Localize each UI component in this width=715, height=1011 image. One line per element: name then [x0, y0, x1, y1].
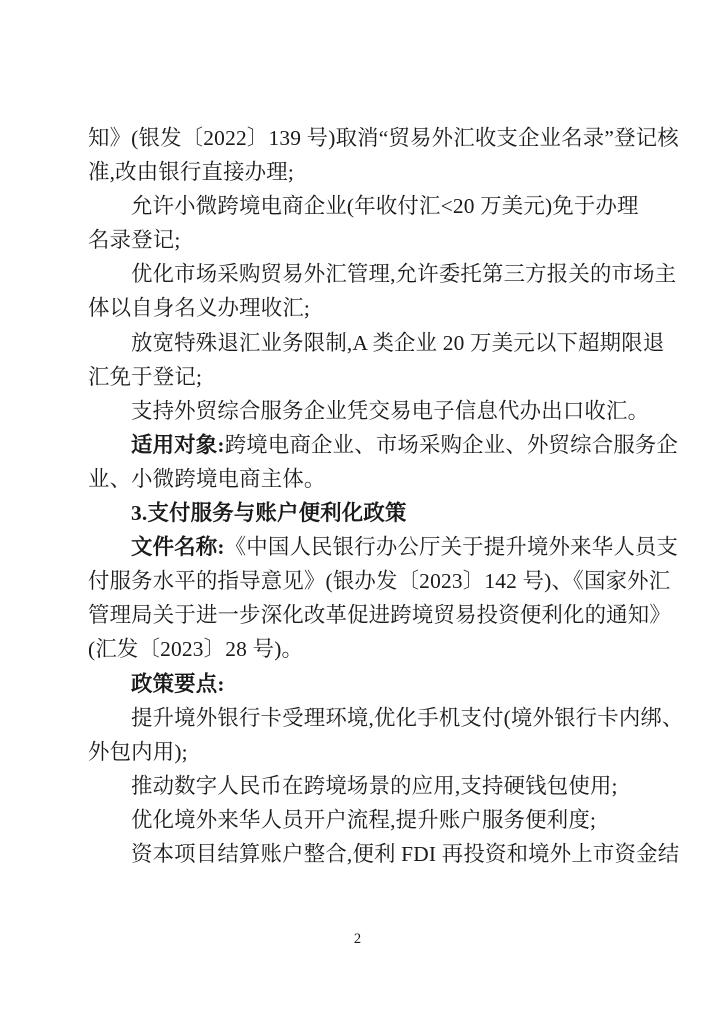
text-run: 资本项目结算账户整合,便利 FDI 再投资和境外上市资金结: [131, 842, 679, 866]
text-run: 准,改由银行直接办理;: [88, 160, 294, 184]
text-line: (汇发〔2023〕28 号)。: [88, 632, 628, 666]
text-run: 业、小微跨境电商主体。: [88, 467, 326, 491]
text-line: 提升境外银行卡受理环境,优化手机支付(境外银行卡内绑、: [88, 701, 628, 735]
text-line: 支持外贸综合服务企业凭交易电子信息代办出口收汇。: [88, 394, 628, 428]
text-line: 适用对象:跨境电商企业、市场采购企业、外贸综合服务企: [88, 428, 628, 462]
text-line: 允许小微跨境电商企业(年收付汇<20 万美元)免于办理: [88, 189, 628, 223]
document-page: 知》(银发〔2022〕139 号)取消“贸易外汇收支企业名录”登记核准,改由银行…: [0, 0, 715, 1011]
bold-label: 政策要点:: [131, 672, 225, 696]
text-run: 付服务水平的指导意见》(银办发〔2023〕142 号)、《国家外汇: [88, 569, 670, 593]
text-run: 体以自身名义办理收汇;: [88, 296, 310, 320]
text-line: 政策要点:: [88, 667, 628, 701]
text-lines: 知》(银发〔2022〕139 号)取消“贸易外汇收支企业名录”登记核准,改由银行…: [88, 121, 628, 871]
text-line: 文件名称:《中国人民银行办公厅关于提升境外来华人员支: [88, 530, 628, 564]
text-run: 允许小微跨境电商企业(年收付汇<20 万美元)免于办理: [131, 194, 639, 218]
text-run: 《中国人民银行办公厅关于提升境外来华人员支: [225, 535, 678, 559]
text-line: 推动数字人民币在跨境场景的应用,支持硬钱包使用;: [88, 769, 628, 803]
text-run: 优化市场采购贸易外汇管理,允许委托第三方报关的市场主: [131, 262, 676, 286]
text-run: 优化境外来华人员开户流程,提升账户服务便利度;: [131, 808, 596, 832]
text-line: 优化市场采购贸易外汇管理,允许委托第三方报关的市场主: [88, 257, 628, 291]
text-line: 3.支付服务与账户便利化政策: [88, 496, 628, 530]
text-line: 外包内用);: [88, 735, 628, 769]
page-number: 2: [0, 929, 715, 949]
bold-label: 3.支付服务与账户便利化政策: [131, 501, 407, 525]
text-run: (汇发〔2023〕28 号)。: [88, 637, 303, 661]
text-line: 管理局关于进一步深化改革促进跨境贸易投资便利化的通知》: [88, 598, 628, 632]
text-line: 付服务水平的指导意见》(银办发〔2023〕142 号)、《国家外汇: [88, 564, 628, 598]
text-run: 名录登记;: [88, 228, 181, 252]
text-line: 知》(银发〔2022〕139 号)取消“贸易外汇收支企业名录”登记核: [88, 121, 628, 155]
bold-label: 文件名称:: [131, 535, 225, 559]
text-line: 体以自身名义办理收汇;: [88, 291, 628, 325]
bold-label: 适用对象:: [131, 433, 225, 457]
text-run: 知》(银发〔2022〕139 号)取消“贸易外汇收支企业名录”登记核: [88, 126, 679, 150]
text-line: 放宽特殊退汇业务限制,A 类企业 20 万美元以下超期限退: [88, 326, 628, 360]
text-line: 名录登记;: [88, 223, 628, 257]
text-run: 汇免于登记;: [88, 365, 202, 389]
text-run: 外包内用);: [88, 740, 188, 764]
text-line: 业、小微跨境电商主体。: [88, 462, 628, 496]
text-line: 准,改由银行直接办理;: [88, 155, 628, 189]
text-line: 优化境外来华人员开户流程,提升账户服务便利度;: [88, 803, 628, 837]
text-run: 跨境电商企业、市场采购企业、外贸综合服务企: [225, 433, 678, 457]
text-line: 资本项目结算账户整合,便利 FDI 再投资和境外上市资金结: [88, 837, 628, 871]
text-run: 推动数字人民币在跨境场景的应用,支持硬钱包使用;: [131, 774, 618, 798]
text-run: 提升境外银行卡受理环境,优化手机支付(境外银行卡内绑、: [131, 706, 684, 730]
text-run: 管理局关于进一步深化改革促进跨境贸易投资便利化的通知》: [88, 603, 671, 627]
text-run: 支持外贸综合服务企业凭交易电子信息代办出口收汇。: [131, 399, 649, 423]
text-run: 放宽特殊退汇业务限制,A 类企业 20 万美元以下超期限退: [131, 331, 664, 355]
text-line: 汇免于登记;: [88, 360, 628, 394]
